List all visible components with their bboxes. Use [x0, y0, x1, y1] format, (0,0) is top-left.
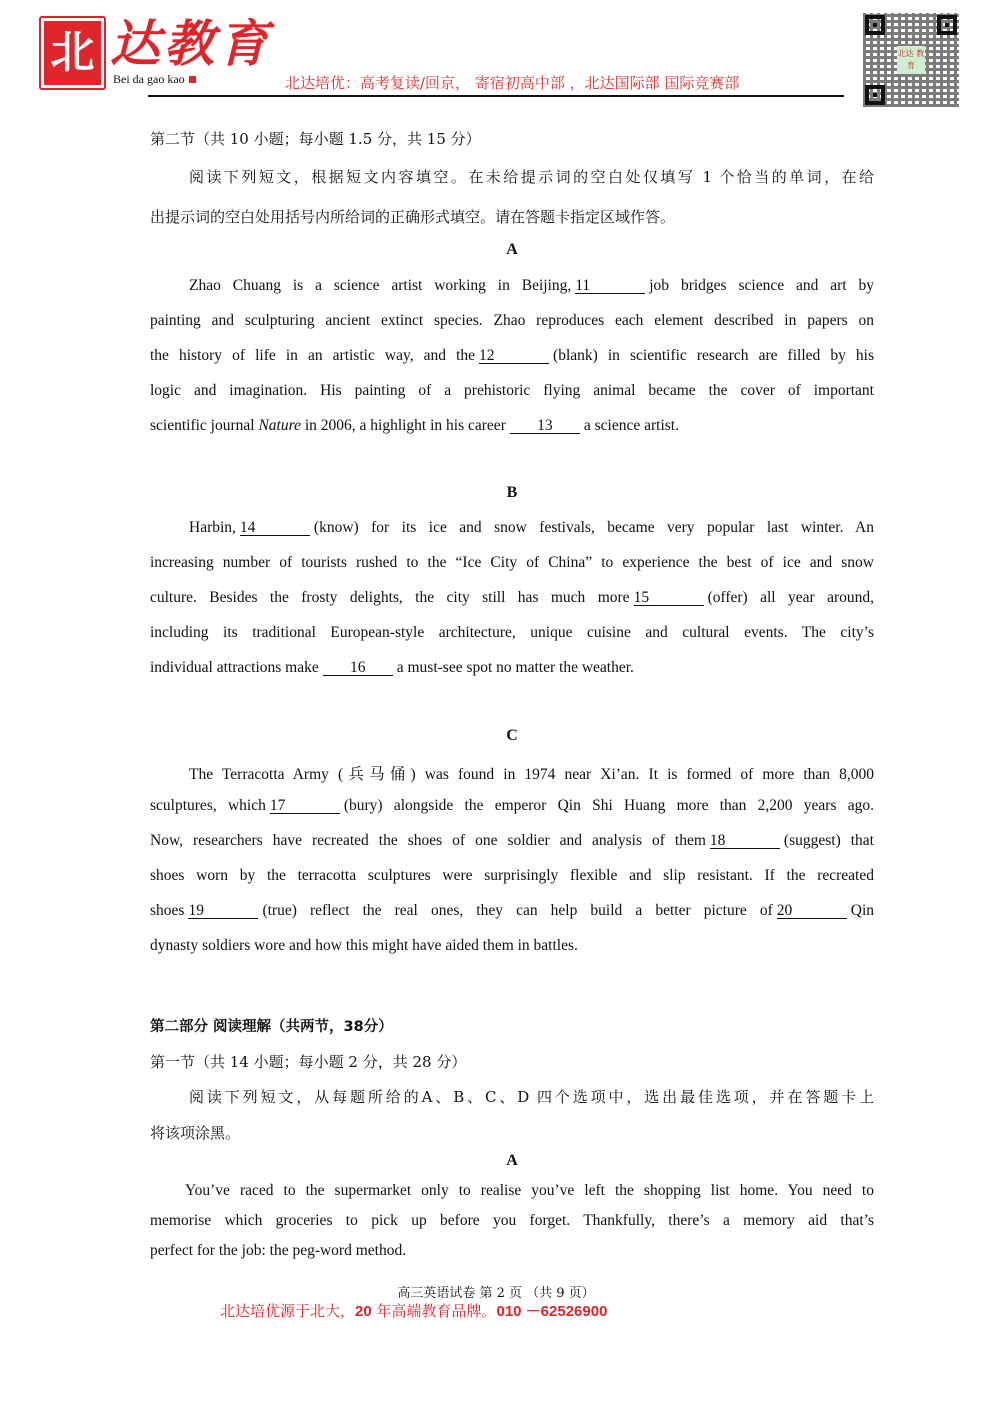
- passage-line: dynasty soldiers wore and how this might…: [150, 937, 874, 955]
- passage-line: painting and sculpturing ancient extinct…: [150, 312, 874, 330]
- qr-finder: [865, 15, 885, 35]
- passage-line: individual attractions make16a must-see …: [150, 659, 874, 677]
- logo-mark: 北: [39, 16, 106, 90]
- text: Now, researchers have recreated the shoe…: [150, 832, 706, 849]
- text: (know) for its ice and snow festivals, b…: [314, 519, 874, 536]
- answer-blank-16[interactable]: 16: [323, 660, 393, 676]
- answer-blank-13[interactable]: 13: [510, 418, 580, 434]
- text: 北达培优源于北大，: [220, 1302, 355, 1320]
- text: job bridges science and art by: [649, 277, 874, 294]
- text: shoes: [150, 902, 184, 919]
- passage-line: the history of life in an artistic way, …: [150, 347, 874, 365]
- answer-blank-17[interactable]: 17: [270, 798, 340, 814]
- answer-blank-20[interactable]: 20: [777, 903, 847, 919]
- passage-heading-b: B: [150, 484, 874, 502]
- passage-line: culture. Besides the frosty delights, th…: [150, 589, 874, 607]
- section-instruction: 阅读下列短文，从每题所给的A、B、C、D 四个选项中，选出最佳选项，并在答题卡上: [150, 1086, 874, 1107]
- header-slogan: 北达培优：高考复读/回京， 寄宿初高中部 ，北达国际部 国际竞赛部: [285, 72, 739, 93]
- page-number: 高三英语试卷 第 2 页 （共 9 页）: [0, 1282, 992, 1301]
- logo-mark-char: 北: [44, 21, 101, 85]
- answer-blank-15[interactable]: 15: [634, 590, 704, 606]
- text: Zhao Chuang is a science artist working …: [189, 277, 571, 294]
- qr-center-logo: 北达 教育: [897, 46, 925, 74]
- passage-line: Harbin,14(know) for its ice and snow fes…: [150, 519, 874, 537]
- passage-line: The Terracotta Army (兵马俑) was found in 1…: [150, 762, 874, 784]
- section-title: 第二节（共 10 小题；每小题 1.5 分，共 15 分）: [150, 128, 874, 149]
- qr-finder: [865, 85, 885, 105]
- answer-blank-12[interactable]: 12: [479, 348, 549, 364]
- answer-blank-19[interactable]: 19: [188, 903, 258, 919]
- passage-line: including its traditional European-style…: [150, 624, 874, 642]
- passage-line: Zhao Chuang is a science artist working …: [150, 277, 874, 295]
- text: 20: [355, 1303, 372, 1320]
- text: a science artist.: [584, 417, 679, 434]
- text: (offer) all year around,: [708, 589, 874, 606]
- text: a must-see spot no matter the weather.: [397, 659, 634, 676]
- journal-name: Nature: [258, 417, 300, 434]
- section-instruction: 阅读下列短文，根据短文内容填空。在未给提示词的空白处仅填写 1 个恰当的单词，在…: [150, 166, 874, 187]
- passage-heading-a: A: [150, 241, 874, 259]
- section-title: 第一节（共 14 小题；每小题 2 分，共 28 分）: [150, 1051, 874, 1072]
- logo-subtitle-text: Bei da gao kao: [113, 72, 185, 86]
- qr-code-icon: 北达 教育: [863, 13, 959, 107]
- text: culture. Besides the frosty delights, th…: [150, 589, 630, 606]
- part-title: 第二部分 阅读理解（共两节，38分）: [150, 1015, 874, 1036]
- passage-line: increasing number of tourists rushed to …: [150, 554, 874, 572]
- square-icon: [189, 76, 196, 83]
- passage-line: You’ve raced to the supermarket only to …: [150, 1182, 874, 1200]
- text: (blank) in scientific research are fille…: [553, 347, 874, 364]
- text: individual attractions make: [150, 659, 319, 676]
- answer-blank-14[interactable]: 14: [240, 520, 310, 536]
- text: Harbin,: [189, 519, 236, 536]
- passage-line: shoes19(true) reflect the real ones, the…: [150, 902, 874, 920]
- passage-heading-c: C: [150, 727, 874, 745]
- text: scientific journal: [150, 417, 255, 434]
- phone-number: 010 －62526900: [496, 1303, 607, 1320]
- qr-finder: [937, 15, 957, 35]
- text: 年高端教育品牌。: [372, 1302, 497, 1320]
- text: sculptures, which: [150, 797, 266, 814]
- reading-heading-a: A: [150, 1152, 874, 1170]
- text: the history of life in an artistic way, …: [150, 347, 475, 364]
- answer-blank-18[interactable]: 18: [710, 833, 780, 849]
- text: in 2006, a highlight in his career: [305, 417, 506, 434]
- answer-blank-11[interactable]: 11: [575, 278, 645, 294]
- passage-line: shoes worn by the terracotta sculptures …: [150, 867, 874, 885]
- passage-line: sculptures, which17(bury) alongside the …: [150, 797, 874, 815]
- header-divider: [148, 95, 844, 97]
- passage-line: perfect for the job: the peg-word method…: [150, 1242, 874, 1260]
- text: (bury) alongside the emperor Qin Shi Hua…: [344, 797, 874, 814]
- logo-title: 达教育: [110, 14, 272, 74]
- passage-line: logic and imagination. His painting of a…: [150, 382, 874, 400]
- footer-advert: 北达培优源于北大，20 年高端教育品牌。010 －62526900: [220, 1300, 607, 1321]
- passage-line: scientific journal Nature in 2006, a hig…: [150, 417, 874, 435]
- passage-line: memorise which groceries to pick up befo…: [150, 1212, 874, 1230]
- logo-subtitle: Bei da gao kao: [113, 72, 196, 87]
- text: (true) reflect the real ones, they can h…: [262, 902, 772, 919]
- section-instruction: 出提示词的空白处用括号内所给词的正确形式填空。请在答题卡指定区域作答。: [150, 206, 874, 227]
- passage-line: Now, researchers have recreated the shoe…: [150, 832, 874, 850]
- text: Qin: [851, 902, 874, 919]
- text: (suggest) that: [784, 832, 874, 849]
- section-instruction: 将该项涂黑。: [150, 1122, 874, 1143]
